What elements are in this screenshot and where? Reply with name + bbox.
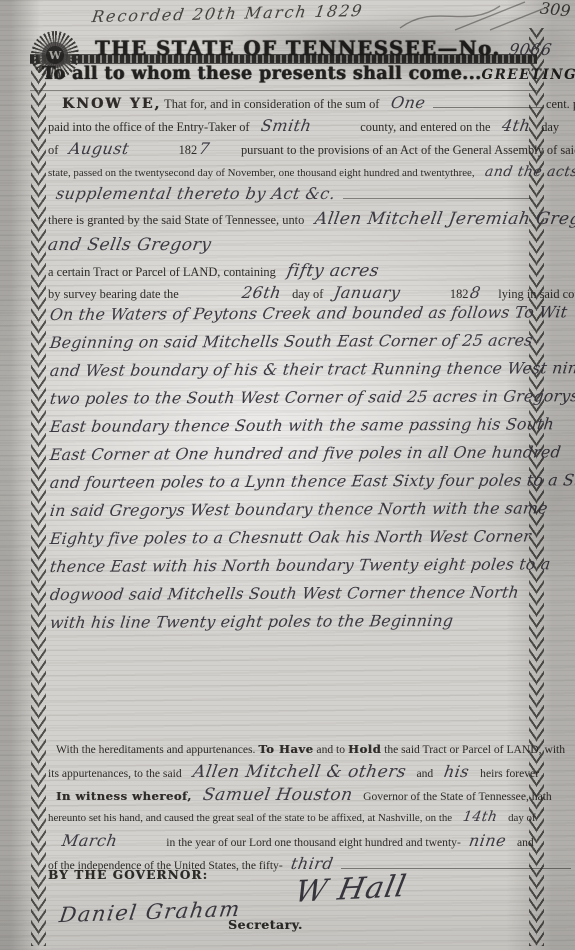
entry-day-value: 4th [500, 118, 531, 134]
description-line-6: East Corner at One hundred and five pole… [49, 442, 530, 464]
habendum-line-3: In witness whereof, Samuel Houston Gover… [56, 787, 538, 804]
title-text: THE STATE OF TENNESSEE—No. [95, 37, 501, 60]
habendum-line-1: With the hereditaments and appurtenances… [56, 742, 538, 756]
print-text: in the year of our Lord one thousand eig… [166, 836, 461, 849]
blank-rule [341, 858, 571, 869]
print-text: lying in said county, [498, 287, 575, 301]
blank-rule [343, 187, 530, 199]
heirs-pronoun: his [443, 764, 471, 780]
preamble-line-supplemental: supplemental thereto by Act &c. [48, 186, 530, 202]
survey-year-digit: 8 [469, 285, 482, 301]
print-text: state, passed on the twentysecond day of… [48, 167, 475, 179]
independence-year-word: third [289, 856, 334, 872]
print-text: That for, and in consideration of the su… [164, 97, 379, 111]
print-text: county, and entered on the [360, 120, 490, 134]
salutation-text: To all to whom these presents shall come… [42, 64, 482, 84]
preamble-line-grantees-2: and Sells Gregory [48, 237, 530, 254]
in-witness-text: In witness whereof, [56, 789, 192, 803]
entry-year-digit: 7 [198, 141, 211, 157]
land-grant-document: Recorded 20th March 1829 309 W THE STATE… [0, 0, 575, 950]
print-text: of [48, 143, 58, 157]
print-text: 182 [450, 287, 469, 301]
description-line-3: and West boundary of his & their tract R… [49, 358, 530, 380]
print-text: cent. per acre, [546, 97, 575, 111]
print-text: and to [316, 743, 345, 756]
by-the-governor-label: BY THE GOVERNOR: [48, 868, 208, 882]
preamble-line-acreage: a certain Tract or Parcel of LAND, conta… [48, 263, 530, 280]
preamble-line-consideration: KNOW YE, That for, and in consideration … [62, 95, 544, 112]
description-line-8: in said Gregorys West boundary thence No… [49, 498, 530, 520]
print-text: Governor of the State of Tennessee, hath [363, 790, 552, 803]
grantee-names-2: and Sells Gregory [47, 237, 213, 254]
print-text: its appurtenances, to the said [48, 767, 182, 780]
secretary-label: Secretary. [228, 917, 303, 932]
document-title: THE STATE OF TENNESSEE—No.9066 [95, 37, 559, 60]
print-text: by survey bearing date the [48, 287, 179, 301]
acreage-value: fifty acres [286, 263, 381, 280]
preamble-line-survey-date: by survey bearing date the 26th day of J… [48, 285, 530, 302]
print-text: the said Tract or Parcel of LAND, with [384, 743, 565, 756]
print-text: a certain Tract or Parcel of LAND, conta… [48, 265, 276, 279]
header-rule [30, 90, 537, 91]
print-text: day [541, 120, 559, 134]
blank-rule [433, 96, 543, 108]
habendum-line-2: its appurtenances, to the said Allen Mit… [48, 764, 530, 781]
description-line-10: thence East with his North boundary Twen… [49, 554, 530, 576]
print-text: day of [292, 287, 323, 301]
supplemental-hand-text: supplemental thereto by Act &c. [55, 186, 337, 202]
print-text: paid into the office of the Entry-Taker … [48, 120, 250, 134]
grant-number: 9066 [507, 42, 552, 58]
print-text: and [416, 767, 433, 780]
preamble-line-entry-date: of August 1827 pursuant to the provision… [48, 141, 530, 158]
habendum-line-4: hereunto set his hand, and caused the gr… [48, 810, 530, 824]
ink-flourish-icon [395, 0, 545, 34]
survey-day-value: 26th [241, 285, 283, 301]
year-word: nine [468, 833, 508, 849]
survey-month-value: January [333, 285, 402, 301]
description-line-1: On the Waters of Peytons Creek and bound… [49, 302, 530, 324]
description-line-12: with his line Twenty eight poles to the … [49, 610, 530, 632]
print-text: heirs forever [480, 767, 539, 780]
description-line-4: two poles to the South West Corner of sa… [49, 386, 530, 408]
print-text: With the hereditaments and appurtenances… [56, 743, 255, 756]
description-line-5: East boundary thence South with the same… [49, 414, 530, 436]
preamble-line-act: state, passed on the twentysecond day of… [48, 165, 530, 179]
description-line-7: and fourteen poles to a Lynn thence East… [49, 470, 530, 492]
county-value: Smith [259, 118, 312, 134]
print-text: 182 [179, 143, 198, 157]
print-text: there is granted by the said State of Te… [48, 213, 304, 227]
hold-text: Hold [348, 742, 381, 756]
grantee-names: Allen Mitchell Jeremiah Gregory [314, 211, 575, 228]
secretary-signature: Daniel Graham [58, 897, 243, 927]
description-line-9: Eighty five poles to a Chesnutt Oak his … [49, 526, 530, 548]
print-text: hereunto set his hand, and caused the gr… [48, 812, 452, 824]
habendum-line-5: March in the year of our Lord one thousa… [48, 833, 530, 849]
know-ye-text: KNOW YE, [62, 96, 161, 112]
seal-day-value: 14th [462, 810, 499, 824]
acts-hand-text: and the acts [484, 165, 575, 179]
greeting-text: GREETING. [482, 67, 575, 83]
to-have-text: To Have [258, 742, 313, 756]
salutation-line: To all to whom these presents shall come… [42, 64, 575, 84]
record-note: Recorded 20th March 1829 [91, 1, 365, 26]
seal-month-value: March [61, 833, 119, 849]
seal-monogram: W [49, 49, 61, 62]
print-text: and [517, 836, 534, 849]
habendum-grantee: Allen Mitchell & others [191, 764, 407, 781]
left-border-ornament [31, 63, 46, 946]
page-number: 309 [539, 0, 571, 21]
governor-name: Samuel Houston [201, 787, 353, 804]
description-line-2: Beginning on said Mitchells South East C… [49, 330, 530, 352]
print-text: day of [508, 812, 536, 824]
print-text: pursuant to the provisions of an Act of … [241, 143, 575, 157]
governor-signature: W Hall [292, 869, 410, 910]
preamble-line-grantees: there is granted by the said State of Te… [48, 211, 530, 228]
preamble-line-entry-office: paid into the office of the Entry-Taker … [48, 118, 530, 135]
sum-value: One [389, 95, 426, 111]
description-line-11: dogwood said Mitchells South West Corner… [49, 582, 530, 604]
entry-month-value: August [68, 141, 131, 157]
